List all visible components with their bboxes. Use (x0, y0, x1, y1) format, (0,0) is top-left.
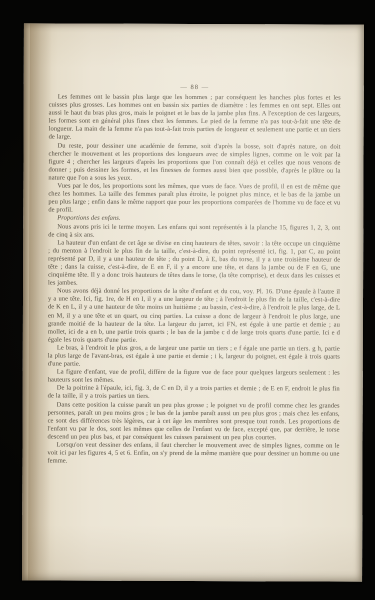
scanner-background: — 88 — Les femmes ont le bassin plus lar… (0, 0, 375, 600)
paragraph: La hauteur d'un enfant de cet âge se div… (48, 239, 340, 289)
paragraph: Du reste, pour dessiner une académie de … (48, 142, 340, 183)
text-block: Les femmes ont le bassin plus large que … (47, 93, 340, 466)
paragraph: De la poitrine à l'épaule, ici, fig. 3, … (48, 385, 340, 402)
paragraph: Le bras, à l'endroit le plus gros, a de … (48, 344, 340, 369)
paragraph: La figure d'enfant, vue de profil, diffè… (48, 369, 340, 386)
paragraph: Nous avons pris ici le terme moyen. Les … (48, 223, 340, 240)
paragraph: Dans cette position la cuisse paraît un … (48, 401, 340, 442)
paragraph: Nous avons déjà donné les proportions de… (48, 288, 340, 346)
book-page: — 88 — Les femmes ont le bassin plus lar… (22, 23, 364, 581)
paragraph: Les femmes ont le bassin plus large que … (49, 93, 341, 143)
paragraph: Lorsqu'on veut dessiner des enfans, il f… (47, 442, 339, 467)
page-content: — 88 — Les femmes ont le bassin plus lar… (47, 23, 341, 581)
paragraph: Vues par le dos, les proportions sont le… (48, 183, 340, 216)
page-number: — 88 — (49, 83, 341, 92)
